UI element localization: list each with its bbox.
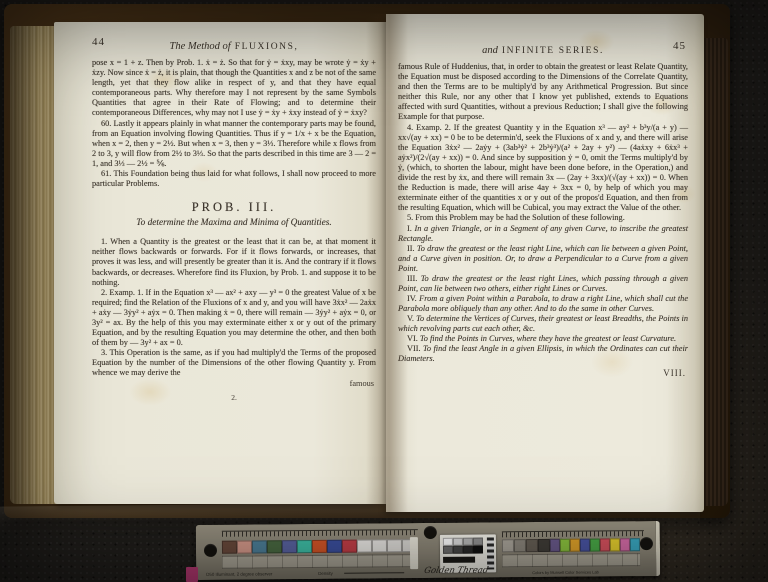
color-patch xyxy=(550,539,560,552)
color-patch xyxy=(526,539,538,552)
list-item: VII. To find the least Angle in a given … xyxy=(398,344,688,364)
patch-value-table xyxy=(222,554,418,569)
item-numeral: IV. xyxy=(407,294,417,303)
paragraph: 5. From this Problem may be had the Solu… xyxy=(398,213,688,223)
item-text: To find the least Angle in a given Ellip… xyxy=(398,344,688,363)
color-patch xyxy=(387,539,402,552)
color-patch xyxy=(327,540,342,553)
running-title-caps: INFINITE SERIES. xyxy=(502,46,604,56)
color-patch xyxy=(453,538,463,546)
item-numeral: II. xyxy=(407,244,415,253)
calibration-ruler: D50 Illuminant, 2 degree observer Densit… xyxy=(196,521,660,580)
color-patch xyxy=(600,538,610,551)
ruler-ticks xyxy=(222,529,418,537)
color-patch-row-left xyxy=(222,539,417,554)
book-photo-scene: 44 The Method of FLUXIONS, pose x = 1 + … xyxy=(0,0,768,582)
right-page-fore-edge xyxy=(702,38,728,506)
white-separator xyxy=(410,537,418,569)
item-text: In a given Triangle, or in a Segment of … xyxy=(398,224,688,243)
registration-dot xyxy=(640,537,653,550)
color-patch xyxy=(443,546,453,554)
color-patch xyxy=(560,539,570,552)
item-numeral: III. xyxy=(407,274,417,283)
munsell-label: Colors by Munsell Color Services Lab xyxy=(532,570,599,576)
catchword-left: famous xyxy=(92,379,376,388)
item-text: To draw the greatest or the least right … xyxy=(398,244,688,273)
paragraph: pose x = 1 + z. Then by Prob. 1. ẋ = ż. … xyxy=(92,58,376,119)
list-item: VI. To find the Points in Curves, where … xyxy=(398,334,688,344)
color-patch xyxy=(463,538,473,546)
problem-subheading: To determine the Maxima and Minima of Qu… xyxy=(92,218,376,228)
list-item: I. In a given Triangle, or in a Segment … xyxy=(398,224,688,244)
density-label: Density xyxy=(318,571,333,576)
list-item: V. To determine the Vertices of Curves, … xyxy=(398,314,688,334)
color-patch xyxy=(357,539,372,552)
running-head-left: 44 The Method of FLUXIONS, xyxy=(92,36,376,52)
page-number-left: 44 xyxy=(92,36,105,48)
paragraph: 2. Examp. 1. If in the Equation x³ — ax²… xyxy=(92,288,376,349)
page-right: and INFINITE SERIES. 45 famous Rule of H… xyxy=(386,14,704,512)
black-density-bar xyxy=(443,557,475,563)
page-right-content: and INFINITE SERIES. 45 famous Rule of H… xyxy=(398,40,688,378)
color-patch xyxy=(514,539,526,552)
mini-gray-patches xyxy=(443,537,489,553)
item-text: To determine the Vertices of Curves, the… xyxy=(398,314,688,333)
partial-color-patch xyxy=(186,567,198,582)
illuminant-label: D50 Illuminant, 2 degree observer xyxy=(206,571,272,577)
paragraph: 61. This Foundation being thus laid for … xyxy=(92,169,376,189)
color-patch xyxy=(570,539,580,552)
color-patch xyxy=(620,538,630,551)
page-left-content: 44 The Method of FLUXIONS, pose x = 1 + … xyxy=(92,36,376,402)
color-patch xyxy=(267,540,282,553)
color-patch xyxy=(282,540,297,553)
patch-value-table xyxy=(502,553,640,567)
item-numeral: V. xyxy=(407,314,414,323)
paragraph: famous Rule of Huddenius, that, in order… xyxy=(398,62,688,123)
color-patch xyxy=(443,538,453,546)
item-text: To draw the greatest or the least right … xyxy=(398,274,688,293)
page-left: 44 The Method of FLUXIONS, pose x = 1 + … xyxy=(54,22,386,504)
registration-dot xyxy=(204,544,217,557)
color-patch xyxy=(473,538,483,546)
color-patch xyxy=(453,546,463,554)
color-patch xyxy=(538,539,550,552)
color-patch xyxy=(237,541,252,554)
page-number-right: 45 xyxy=(673,40,686,52)
item-numeral: VII. xyxy=(407,344,421,353)
color-patch xyxy=(463,546,473,554)
color-patch xyxy=(222,541,237,554)
list-item: II. To draw the greatest or the least ri… xyxy=(398,244,688,274)
running-title-italic: and xyxy=(482,45,498,56)
color-patch xyxy=(372,539,387,552)
paragraph: 4. Examp. 2. If the greatest Quantity y … xyxy=(398,123,688,214)
color-patch xyxy=(342,540,357,553)
density-scale-line xyxy=(344,572,404,573)
color-patch xyxy=(590,538,600,551)
golden-thread-label: Golden Thread xyxy=(423,565,489,576)
item-numeral: I. xyxy=(407,224,412,233)
color-patch xyxy=(473,546,483,554)
running-title-italic: The Method of xyxy=(169,41,230,52)
item-text: From a given Point within a Parabola, to… xyxy=(398,294,688,313)
paragraph: 60. Lastly it appears plainly in what ma… xyxy=(92,119,376,169)
list-item: IV. From a given Point within a Parabola… xyxy=(398,294,688,314)
color-patch xyxy=(502,539,514,552)
running-head-right: and INFINITE SERIES. 45 xyxy=(398,40,688,56)
color-patch xyxy=(610,538,620,551)
color-patch xyxy=(252,540,267,553)
left-page-fore-edge xyxy=(10,26,58,504)
registration-dot xyxy=(424,526,437,539)
color-patch xyxy=(297,540,312,553)
color-patch xyxy=(312,540,327,553)
item-numeral: VI. xyxy=(407,334,418,343)
color-patch xyxy=(580,539,590,552)
color-patch-row-right xyxy=(550,538,640,552)
paragraph: 1. When a Quantity is the greatest or th… xyxy=(92,237,376,287)
catchword-right: VIII. xyxy=(398,368,688,378)
color-patch xyxy=(630,538,640,551)
ruler-ticks xyxy=(502,530,644,537)
item-text: To find the Points in Curves, where they… xyxy=(420,334,676,343)
list-item: III. To draw the greatest or the least r… xyxy=(398,274,688,294)
signature-mark: 2. xyxy=(92,393,376,402)
problem-heading: PROB. III. xyxy=(92,200,376,215)
paragraph: 3. This Operation is the same, as if you… xyxy=(92,348,376,378)
running-title-caps: FLUXIONS, xyxy=(235,42,299,52)
